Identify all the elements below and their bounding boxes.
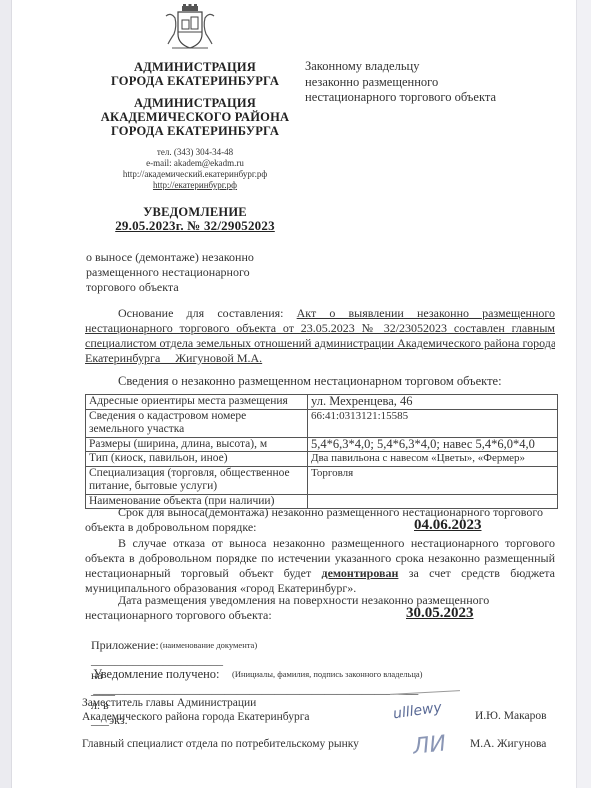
table-row: Специализация (торговля, общественное пи…	[86, 466, 558, 494]
website-link-district[interactable]: http://академический.екатеринбург.рф	[95, 169, 295, 180]
placement-paragraph: Дата размещения уведомления на поверхнос…	[85, 593, 555, 623]
email-link[interactable]: e-mail: akadem@ekadm.ru	[95, 158, 295, 169]
website-link-city[interactable]: http://екатеринбург.рф	[95, 180, 295, 191]
placement-date: 30.05.2023	[406, 605, 474, 622]
notice-number: 29.05.2023г. № 32/29052023	[95, 219, 295, 233]
signatory-specialist-name: М.А. Жигунова	[470, 737, 546, 752]
table-row: Размеры (ширина, длина, высота), м 5,4*6…	[86, 437, 558, 452]
table-row: Тип (киоск, павильон, иное) Два павильон…	[86, 452, 558, 467]
attachment-caption: (наименование документа)	[160, 640, 257, 651]
coat-of-arms-icon	[160, 4, 220, 52]
phone: тел. (343) 304-34-48	[95, 147, 295, 158]
table-row: Адресные ориентиры места размещения ул. …	[86, 395, 558, 410]
dismantled-emphasis: демонтирован	[322, 566, 399, 580]
deadline-paragraph: Срок для выноса(демонтажа) незаконно раз…	[85, 505, 560, 535]
signature-deputy: ulllewy	[392, 700, 443, 723]
contacts-block: тел. (343) 304-34-48 e-mail: akadem@ekad…	[95, 147, 295, 191]
subject-block: о выносе (демонтаже) незаконно размещенн…	[86, 250, 326, 295]
addressee-block: Законному владельцу незаконно размещенно…	[305, 59, 545, 106]
deadline-date: 04.06.2023	[414, 517, 482, 534]
city-administration-heading: АДМИНИСТРАЦИЯ ГОРОДА ЕКАТЕРИНБУРГА	[95, 60, 295, 88]
received-caption: (Инициалы, фамилия, подпись законного вл…	[232, 669, 422, 680]
signature-specialist: ЛИ	[412, 731, 447, 759]
table-row: Сведения о кадастровом номере земельного…	[86, 409, 558, 437]
received-signature-field[interactable]: ________________________________________…	[93, 682, 418, 696]
page-left-edge	[0, 0, 12, 788]
basis-label: Основание для составления:	[118, 306, 284, 320]
info-heading: Сведения о незаконно размещенном нестаци…	[118, 374, 558, 389]
notice-title: УВЕДОМЛЕНИЕ	[95, 205, 295, 219]
object-info-table: Адресные ориентиры места размещения ул. …	[85, 394, 558, 509]
refusal-paragraph: В случае отказа от выноса незаконно разм…	[85, 536, 555, 596]
signatory-deputy-name: И.Ю. Макаров	[475, 709, 547, 724]
signatory-deputy-position: Заместитель главы Администрации Академич…	[82, 696, 310, 724]
signatory-specialist-position: Главный специалист отдела по потребитель…	[82, 737, 359, 752]
basis-paragraph: Основание для составления: Акт о выявлен…	[85, 306, 555, 366]
page-right-edge	[576, 0, 591, 788]
district-administration-heading: АДМИНИСТРАЦИЯ АКАДЕМИЧЕСКОГО РАЙОНА ГОРО…	[95, 96, 295, 138]
